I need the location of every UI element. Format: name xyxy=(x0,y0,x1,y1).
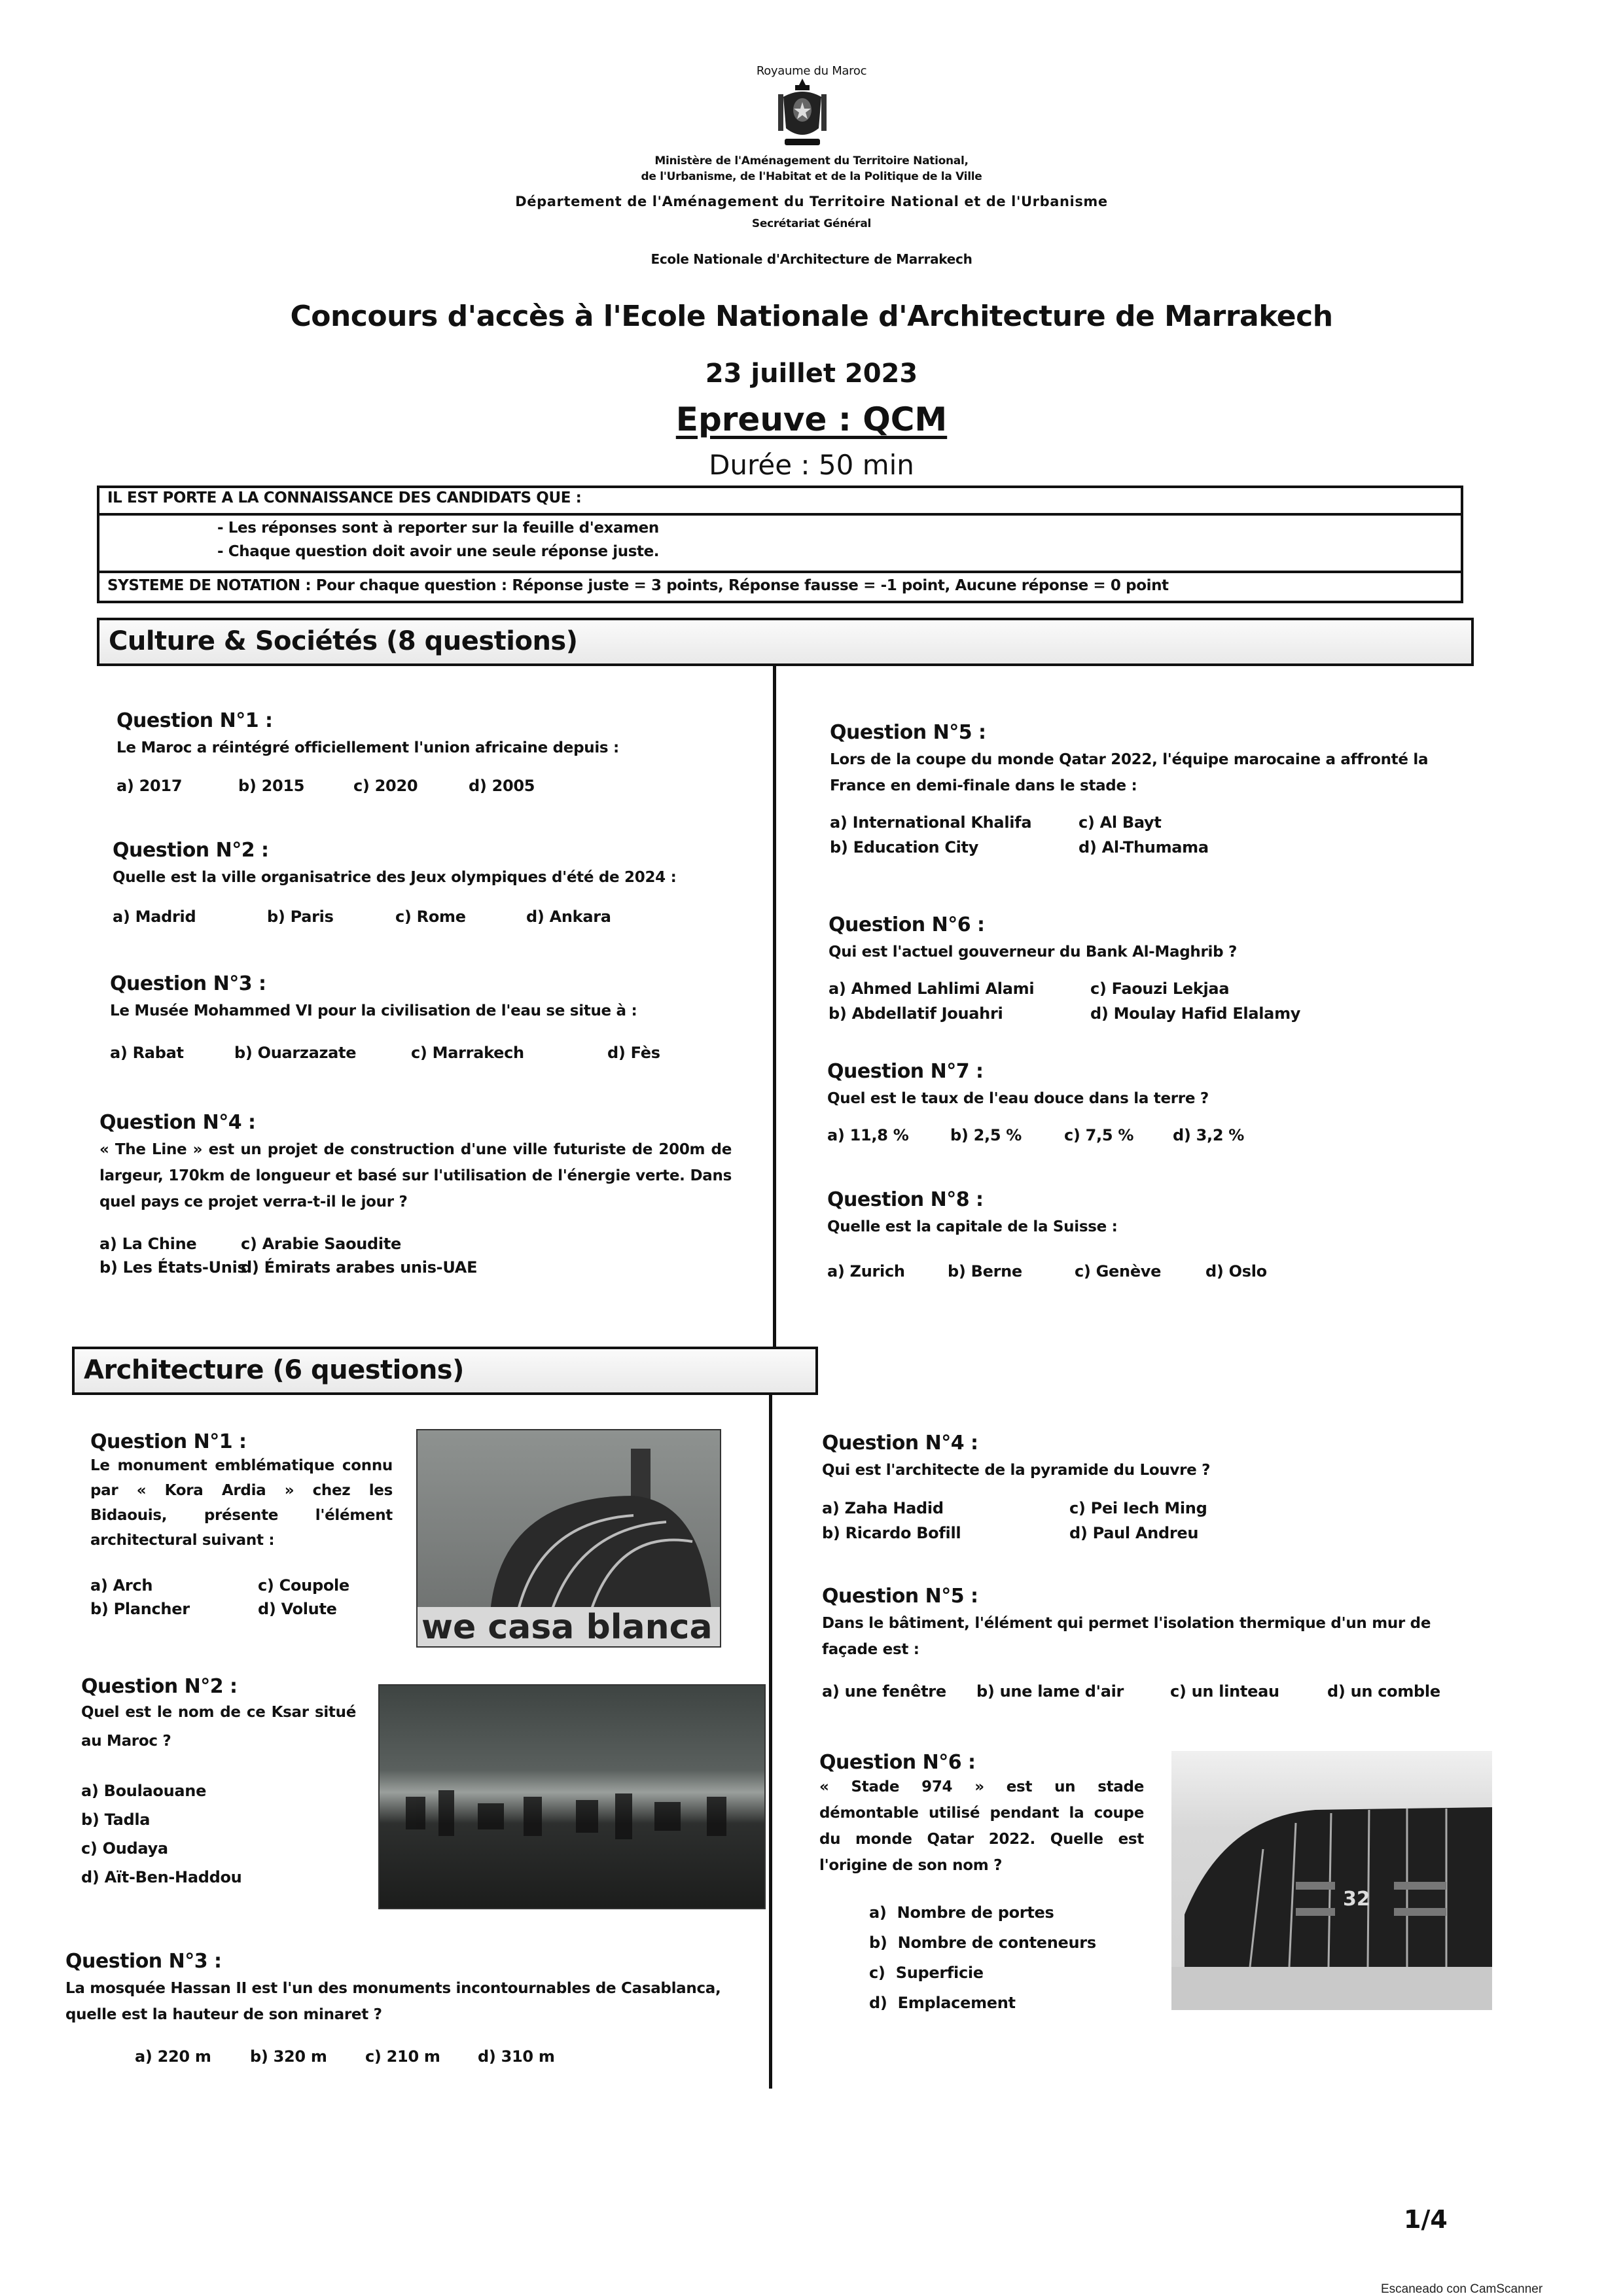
question-architecture-4: Question N°4 : Qui est l'architecte de l… xyxy=(822,1432,1463,1542)
secretariat-label: Secrétariat Général xyxy=(0,217,1623,230)
option-b[interactable]: b) Plancher xyxy=(90,1600,258,1618)
school-label: Ecole Nationale d'Architecture de Marrak… xyxy=(0,251,1623,267)
option-a[interactable]: a) 2017 xyxy=(116,777,238,795)
question-label: Question N°7 : xyxy=(827,1060,1455,1083)
question-architecture-5: Question N°5 : Dans le bâtiment, l'éléme… xyxy=(822,1585,1463,1701)
option-b[interactable]: b) Paris xyxy=(267,908,395,926)
option-b[interactable]: b) 320 m xyxy=(250,2047,365,2066)
option-c[interactable]: c) Faouzi Lekjaa xyxy=(1090,980,1457,998)
option-a[interactable]: a) Zaha Hadid xyxy=(822,1499,1069,1517)
question-text: Quel est le taux de l'eau douce dans la … xyxy=(827,1086,1455,1112)
option-c[interactable]: c) 210 m xyxy=(365,2047,478,2066)
camscanner-watermark: Escaneado con CamScanner xyxy=(1381,2282,1543,2296)
question-label: Question N°2 : xyxy=(113,839,754,862)
exam-date: 23 juillet 2023 xyxy=(0,359,1623,389)
option-d[interactable]: d) Volute xyxy=(258,1600,393,1618)
question-label: Question N°3 : xyxy=(65,1950,759,1973)
question-architecture-2: Question N°2 : Quel est le nom de ce Ksa… xyxy=(81,1675,369,1886)
section-header-culture: Culture & Sociétés (8 questions) xyxy=(97,618,1474,666)
option-a[interactable]: a) International Khalifa xyxy=(830,813,1079,832)
column-divider xyxy=(769,1395,772,2089)
option-d[interactable]: d) Émirats arabes unis-UAE xyxy=(241,1258,732,1277)
question-text: Le monument emblématique connu par « Kor… xyxy=(90,1453,393,1553)
question-culture-8: Question N°8 : Quelle est la capitale de… xyxy=(827,1188,1455,1280)
option-d[interactable]: d) Fès xyxy=(607,1044,660,1062)
question-label: Question N°4 : xyxy=(99,1111,732,1134)
option-d[interactable]: d) Moulay Hafid Elalamy xyxy=(1090,1004,1457,1023)
option-d[interactable]: d) Al-Thumama xyxy=(1079,838,1458,857)
question-label: Question N°2 : xyxy=(81,1675,369,1698)
question-label: Question N°3 : xyxy=(110,972,751,995)
option-a[interactable]: a) Arch xyxy=(90,1576,258,1595)
option-c[interactable]: c) 2020 xyxy=(353,777,469,795)
question-label: Question N°5 : xyxy=(822,1585,1463,1608)
instructions-heading: IL EST PORTE A LA CONNAISSANCE DES CANDI… xyxy=(99,489,1461,516)
option-a[interactable]: a) La Chine xyxy=(99,1235,241,1253)
question-label: Question N°1 : xyxy=(116,709,745,732)
kora-ardia-photo: we casa blanca xyxy=(416,1429,721,1648)
option-d[interactable]: d) 3,2 % xyxy=(1173,1126,1244,1144)
option-b[interactable]: b) Education City xyxy=(830,838,1079,857)
option-a[interactable]: a) Nombre de portes xyxy=(869,1903,1147,1922)
option-b[interactable]: b) une lame d'air xyxy=(976,1682,1170,1701)
section-header-architecture: Architecture (6 questions) xyxy=(72,1347,818,1395)
option-c[interactable]: c) Al Bayt xyxy=(1079,813,1458,832)
question-text: Quelle est la capitale de la Suisse : xyxy=(827,1214,1455,1240)
option-a[interactable]: a) Rabat xyxy=(110,1044,234,1062)
option-d[interactable]: d) Aït-Ben-Haddou xyxy=(81,1868,369,1886)
option-b[interactable]: b) Les États-Unis xyxy=(99,1258,241,1277)
option-a[interactable]: a) une fenêtre xyxy=(822,1682,976,1701)
option-d[interactable]: d) Oslo xyxy=(1205,1262,1267,1280)
question-culture-7: Question N°7 : Quel est le taux de l'eau… xyxy=(827,1060,1455,1144)
question-culture-5: Question N°5 : Lors de la coupe du monde… xyxy=(830,721,1458,857)
option-c[interactable]: c) un linteau xyxy=(1170,1682,1327,1701)
option-c[interactable]: c) Superficie xyxy=(869,1964,1147,1982)
option-a[interactable]: a) 11,8 % xyxy=(827,1126,950,1144)
question-culture-4: Question N°4 : « The Line » est un proje… xyxy=(99,1111,732,1277)
question-label: Question N°6 : xyxy=(819,1751,1147,1774)
option-c[interactable]: c) 7,5 % xyxy=(1064,1126,1173,1144)
question-label: Question N°8 : xyxy=(827,1188,1455,1211)
question-text: « Stade 974 » est un stade démontable ut… xyxy=(819,1774,1144,1879)
question-culture-3: Question N°3 : Le Musée Mohammed VI pour… xyxy=(110,972,751,1062)
department-label: Département de l'Aménagement du Territoi… xyxy=(0,194,1623,209)
option-c[interactable]: c) Pei Iech Ming xyxy=(1069,1499,1463,1517)
option-b[interactable]: b) Tadla xyxy=(81,1810,369,1829)
exam-duration: Durée : 50 min xyxy=(0,449,1623,481)
page-number: 1/4 xyxy=(1404,2205,1448,2234)
question-culture-2: Question N°2 : Quelle est la ville organ… xyxy=(113,839,754,926)
instructions-box: IL EST PORTE A LA CONNAISSANCE DES CANDI… xyxy=(97,486,1463,603)
ksar-image xyxy=(380,1686,764,1908)
question-text: Qui est l'architecte de la pyramide du L… xyxy=(822,1457,1463,1483)
option-a[interactable]: a) Madrid xyxy=(113,908,267,926)
option-a[interactable]: a) 220 m xyxy=(135,2047,250,2066)
question-architecture-6: Question N°6 : « Stade 974 » est un stad… xyxy=(819,1751,1147,2012)
royal-crest-icon xyxy=(776,77,829,148)
kingdom-label: Royaume du Maroc xyxy=(0,64,1623,78)
stadium-number: 32 xyxy=(1343,1888,1370,1911)
stade-974-photo: 32 xyxy=(1171,1751,1492,2010)
option-d[interactable]: d) 310 m xyxy=(478,2047,555,2066)
question-label: Question N°5 : xyxy=(830,721,1458,744)
question-text: Quelle est la ville organisatrice des Je… xyxy=(113,864,754,891)
instruction-rule: - Les réponses sont à reporter sur la fe… xyxy=(99,520,1461,537)
option-c[interactable]: c) Arabie Saoudite xyxy=(241,1235,732,1253)
question-text: Lors de la coupe du monde Qatar 2022, l'… xyxy=(830,747,1458,799)
option-a[interactable]: a) Boulaouane xyxy=(81,1782,369,1800)
option-c[interactable]: c) Rome xyxy=(395,908,526,926)
option-b[interactable]: b) Berne xyxy=(948,1262,1075,1280)
column-divider xyxy=(773,666,776,1354)
question-architecture-1: Question N°1 : Le monument emblématique … xyxy=(90,1430,393,1618)
ministry-line2: de l'Urbanisme, de l'Habitat et de la Po… xyxy=(0,170,1623,183)
question-culture-6: Question N°6 : Qui est l'actuel gouverne… xyxy=(829,913,1457,1023)
photo-caption: we casa blanca xyxy=(421,1608,713,1646)
stadium-image: 32 xyxy=(1171,1751,1492,2010)
option-b[interactable]: b) 2,5 % xyxy=(950,1126,1064,1144)
option-a[interactable]: a) Zurich xyxy=(827,1262,948,1280)
option-c[interactable]: c) Oudaya xyxy=(81,1839,369,1858)
question-text: Qui est l'actuel gouverneur du Bank Al-M… xyxy=(829,939,1457,965)
option-d[interactable]: d) un comble xyxy=(1327,1682,1440,1701)
question-text: Le Maroc a réintégré officiellement l'un… xyxy=(116,735,745,761)
scoring-system: SYSTEME DE NOTATION : Pour chaque questi… xyxy=(99,571,1461,598)
exam-type: Epreuve : QCM xyxy=(0,400,1623,438)
question-label: Question N°6 : xyxy=(829,913,1457,936)
option-b[interactable]: b) Ouarzazate xyxy=(234,1044,411,1062)
instruction-rule: - Chaque question doit avoir une seule r… xyxy=(99,543,1461,560)
question-text: Dans le bâtiment, l'élément qui permet l… xyxy=(822,1610,1463,1663)
option-b[interactable]: b) 2015 xyxy=(238,777,353,795)
option-c[interactable]: c) Marrakech xyxy=(411,1044,607,1062)
ksar-photo xyxy=(378,1684,766,1909)
option-b[interactable]: b) Nombre de conteneurs xyxy=(869,1934,1147,1952)
question-text: La mosquée Hassan II est l'un des monume… xyxy=(65,1975,759,2028)
option-d[interactable]: d) Paul Andreu xyxy=(1069,1524,1463,1542)
question-text: Quel est le nom de ce Ksar situé au Maro… xyxy=(81,1698,356,1756)
question-text: « The Line » est un projet de constructi… xyxy=(99,1137,732,1215)
ministry-line1: Ministère de l'Aménagement du Territoire… xyxy=(0,154,1623,168)
question-architecture-3: Question N°3 : La mosquée Hassan II est … xyxy=(65,1950,759,2066)
option-c[interactable]: c) Genève xyxy=(1075,1262,1205,1280)
option-d[interactable]: d) Emplacement xyxy=(869,1994,1147,2012)
option-b[interactable]: b) Ricardo Bofill xyxy=(822,1524,1069,1542)
option-d[interactable]: d) Ankara xyxy=(526,908,611,926)
dome-image: we casa blanca xyxy=(418,1430,720,1646)
option-a[interactable]: a) Ahmed Lahlimi Alami xyxy=(829,980,1090,998)
exam-title: Concours d'accès à l'Ecole Nationale d'A… xyxy=(0,300,1623,333)
option-c[interactable]: c) Coupole xyxy=(258,1576,393,1595)
option-d[interactable]: d) 2005 xyxy=(469,777,535,795)
option-b[interactable]: b) Abdellatif Jouahri xyxy=(829,1004,1090,1023)
question-text: Le Musée Mohammed VI pour la civilisatio… xyxy=(110,998,751,1024)
question-label: Question N°1 : xyxy=(90,1430,393,1453)
question-culture-1: Question N°1 : Le Maroc a réintégré offi… xyxy=(116,709,745,795)
question-label: Question N°4 : xyxy=(822,1432,1463,1455)
